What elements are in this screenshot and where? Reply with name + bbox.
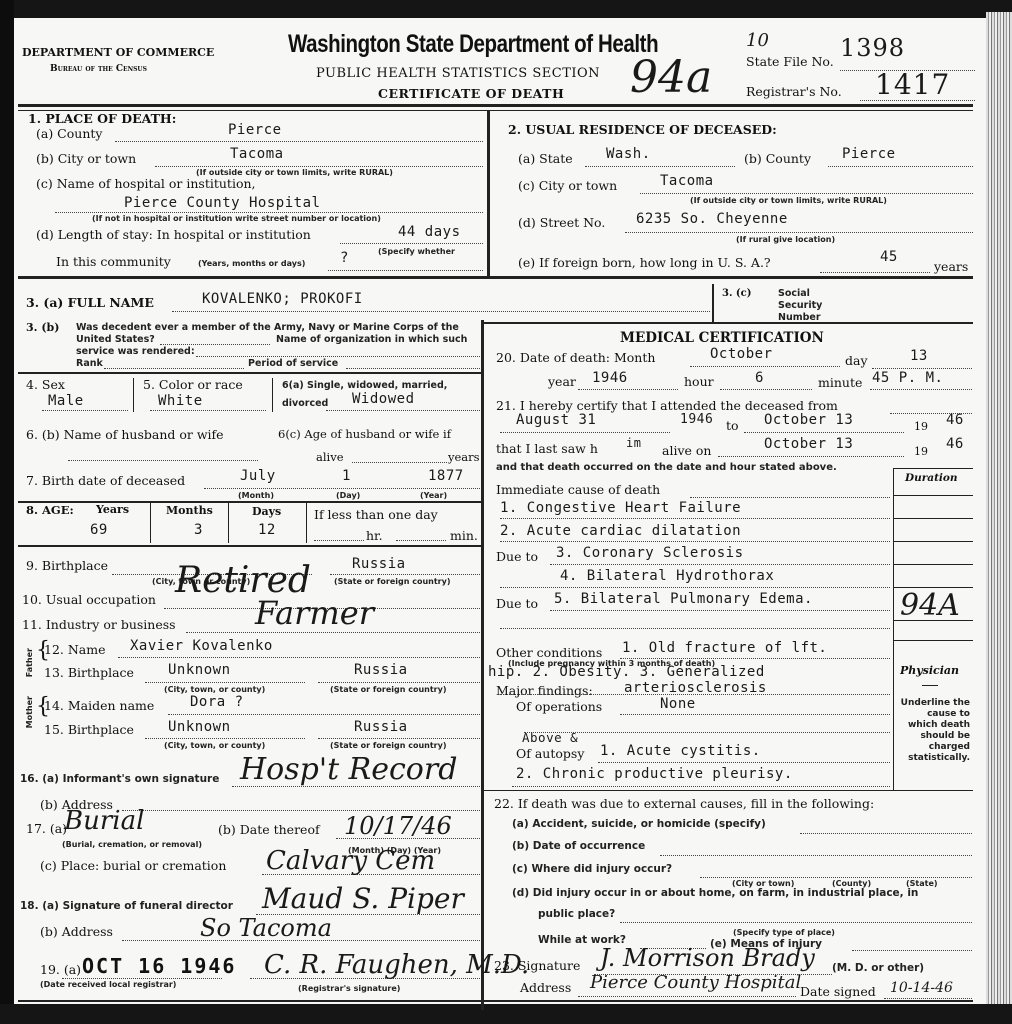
pod-hospital-note: (If not in hospital or institution write… bbox=[92, 214, 381, 223]
pod-community-note: (Years, months or days) bbox=[198, 259, 305, 268]
pod-specify-note: (Specify whether bbox=[378, 247, 455, 256]
pod-hospital-value: Pierce County Hospital bbox=[124, 195, 320, 211]
res-street-note: (If rural give location) bbox=[736, 235, 835, 244]
external-a-label: (a) Accident, suicide, or homicide (spec… bbox=[512, 818, 766, 830]
pod-county-label: (a) County bbox=[36, 126, 102, 141]
autopsy-label: Of autopsy bbox=[516, 746, 584, 761]
state-file-number: 1398 bbox=[840, 34, 905, 62]
cause-5: 5. Bilateral Pulmonary Edema. bbox=[554, 591, 813, 607]
external-d-label: (d) Did injury occur in or about home, o… bbox=[512, 887, 918, 899]
military-line-3: service was rendered: bbox=[76, 346, 195, 357]
age-years-label: Years bbox=[96, 503, 129, 516]
age-years: 69 bbox=[90, 522, 108, 538]
attend-from-year: 1946 bbox=[680, 412, 713, 427]
pod-city-value: Tacoma bbox=[230, 146, 284, 162]
pod-community-label: In this community bbox=[56, 254, 171, 269]
certifier-address: Pierce County Hospital bbox=[590, 972, 801, 993]
medical-heading: MEDICAL CERTIFICATION bbox=[620, 330, 824, 346]
father-side-label: Father bbox=[25, 648, 34, 677]
alive-on-label: alive on bbox=[662, 443, 711, 458]
attend-to-19: 19 bbox=[914, 420, 928, 433]
marital-label-1: 6(a) Single, widowed, married, bbox=[282, 380, 447, 391]
age-days-label: Days bbox=[252, 505, 281, 518]
res-county-label: (b) County bbox=[744, 151, 811, 166]
md-or-other-label: (M. D. or other) bbox=[832, 962, 924, 974]
funeral-director-signature: Maud S. Piper bbox=[262, 882, 464, 915]
pod-hospital-label: (c) Name of hospital or institution, bbox=[36, 176, 256, 191]
birthplace-label: 9. Birthplace bbox=[26, 558, 108, 573]
age-months-label: Months bbox=[166, 504, 213, 517]
external-d-note: (Specify type of place) bbox=[733, 928, 835, 937]
operations-label: Of operations bbox=[516, 699, 602, 714]
res-street-value: 6235 So. Cheyenne bbox=[636, 211, 788, 227]
dod-year-label: year bbox=[548, 374, 576, 389]
res-foreign-value: 45 bbox=[880, 249, 898, 265]
funeral-address-label: (b) Address bbox=[40, 924, 113, 939]
registrar-signature-note: (Registrar's signature) bbox=[298, 984, 400, 993]
father-birthplace-city: Unknown bbox=[168, 662, 231, 678]
res-foreign-label: (e) If foreign born, how long in U. S. A… bbox=[518, 255, 771, 270]
registrar-date-label: 19. (a) bbox=[40, 962, 81, 977]
military-rank: Rank bbox=[76, 358, 103, 369]
scan-border-top bbox=[0, 0, 1012, 18]
dod-hour: 6 bbox=[755, 370, 764, 386]
bureau-census: Bureau of the Census bbox=[50, 64, 147, 74]
certifier-signature: J. Morrison Brady bbox=[600, 944, 815, 972]
funeral-address-value: So Tacoma bbox=[200, 914, 332, 942]
mother-state-note: (State or foreign country) bbox=[330, 741, 446, 750]
father-name-value: Xavier Kovalenko bbox=[130, 638, 273, 654]
pod-county-value: Pierce bbox=[228, 122, 282, 138]
spouse-name-label: 6. (b) Name of husband or wife bbox=[26, 427, 224, 442]
last-saw-pronoun: im bbox=[626, 436, 641, 450]
race-label: 5. Color or race bbox=[143, 377, 243, 392]
father-birthplace-country: Russia bbox=[354, 662, 408, 678]
res-city-note: (If outside city or town limits, write R… bbox=[690, 196, 887, 205]
duration-label: Duration bbox=[905, 472, 958, 484]
dod-day: 13 bbox=[910, 348, 928, 364]
military-line-1: Was decedent ever a member of the Army, … bbox=[76, 322, 459, 333]
birth-month: July bbox=[240, 468, 276, 484]
last-saw-19: 19 bbox=[914, 445, 928, 458]
burial-date-value: 10/17/46 bbox=[344, 812, 452, 840]
marital-value: Widowed bbox=[352, 391, 415, 407]
registrar-date-stamp: OCT 16 1946 bbox=[82, 954, 236, 978]
cause-2: 2. Acute cardiac dilatation bbox=[500, 523, 741, 539]
informant-signature-label: 16. (a) Informant's own signature bbox=[20, 773, 219, 785]
birth-day: 1 bbox=[342, 468, 351, 484]
dod-minute-label: minute bbox=[818, 375, 862, 390]
registrar-number: 1417 bbox=[875, 68, 950, 101]
scan-border-bottom bbox=[0, 1004, 1012, 1024]
other-conditions-1: 1. Old fracture of lft. bbox=[622, 640, 827, 656]
autopsy-finding-2: 2. Chronic productive pleurisy. bbox=[516, 766, 793, 782]
father-city-note: (City, town, or county) bbox=[164, 685, 265, 694]
burial-place-value: Calvary Cem bbox=[266, 846, 435, 876]
mother-birthplace-country: Russia bbox=[354, 719, 408, 735]
dod-day-label: day bbox=[845, 353, 868, 368]
burial-place-label: (c) Place: burial or cremation bbox=[40, 858, 226, 873]
ssn-label-1: Social bbox=[778, 288, 810, 299]
res-state-value: Wash. bbox=[606, 146, 651, 162]
last-saw-year: 46 bbox=[946, 436, 964, 452]
registrar-date-note: (Date received local registrar) bbox=[40, 980, 176, 989]
burial-date-label: (b) Date thereof bbox=[218, 822, 320, 837]
father-birthplace-label: 13. Birthplace bbox=[44, 665, 134, 680]
birth-year: 1877 bbox=[428, 468, 464, 484]
pod-city-label: (b) City or town bbox=[36, 151, 136, 166]
birth-date-label: 7. Birth date of deceased bbox=[26, 473, 185, 488]
military-line-2a: United States? bbox=[76, 334, 155, 345]
res-city-label: (c) City or town bbox=[518, 178, 617, 193]
external-d2-label: public place? bbox=[538, 908, 615, 920]
last-saw-label: that I last saw h bbox=[496, 441, 598, 456]
pod-stay-value: 44 days bbox=[398, 224, 461, 240]
occurred-label: and that death occurred on the date and … bbox=[496, 462, 837, 473]
handwritten-mark: 94a bbox=[630, 52, 712, 103]
dod-hour-label: hour bbox=[684, 374, 714, 389]
military-num: 3. (b) bbox=[26, 321, 59, 334]
res-county-value: Pierce bbox=[842, 146, 896, 162]
informant-signature: Hosp't Record bbox=[240, 752, 457, 787]
sex-value: Male bbox=[48, 393, 84, 409]
age-label: 8. AGE: bbox=[26, 503, 74, 517]
month-note: (Month) bbox=[238, 491, 274, 500]
dept-commerce: DEPARTMENT OF COMMERCE bbox=[22, 46, 214, 59]
mother-birthplace-label: 15. Birthplace bbox=[44, 722, 134, 737]
min-label: min. bbox=[450, 528, 478, 543]
scan-border-left bbox=[0, 0, 14, 1024]
pod-community-value: ? bbox=[340, 250, 349, 266]
duration-handwritten-mark: 94A bbox=[900, 588, 960, 623]
certifier-address-label: Address bbox=[520, 980, 571, 995]
place-of-death-heading: 1. PLACE OF DEATH: bbox=[28, 111, 176, 126]
date-signed-value: 10-14-46 bbox=[890, 980, 953, 996]
dod-month-label: 20. Date of death: Month bbox=[496, 350, 655, 365]
birthplace-country: Russia bbox=[352, 556, 406, 572]
mother-name-label: 14. Maiden name bbox=[44, 698, 154, 713]
attend-to: October 13 bbox=[764, 412, 853, 428]
cause-1: 1. Congestive Heart Failure bbox=[500, 500, 741, 516]
other-conditions-2: hip. 2. Obesity. 3. Generalized bbox=[488, 664, 765, 680]
dod-minute: 45 P. M. bbox=[872, 370, 943, 386]
residence-heading: 2. USUAL RESIDENCE OF DECEASED: bbox=[508, 122, 777, 137]
pod-stay-label: (d) Length of stay: In hospital or insti… bbox=[36, 227, 311, 242]
operations-value: None bbox=[660, 696, 696, 712]
military-line-2b: Name of organization in which such bbox=[276, 334, 467, 345]
hr-label: hr. bbox=[366, 528, 383, 543]
autopsy-finding-1: 1. Acute cystitis. bbox=[600, 743, 761, 759]
full-name-label: 3. (a) FULL NAME bbox=[26, 295, 154, 310]
marital-label-2: divorced bbox=[282, 398, 328, 409]
certifier-signature-label: 23. Signature bbox=[494, 958, 580, 973]
industry-value: Farmer bbox=[255, 594, 374, 632]
state-file-prefix: 10 bbox=[746, 30, 769, 51]
less-than-day-label: If less than one day bbox=[314, 507, 438, 522]
day-note: (Day) bbox=[336, 491, 360, 500]
spouse-alive-label: alive bbox=[316, 450, 344, 464]
military-period: Period of service bbox=[248, 358, 338, 369]
sex-label: 4. Sex bbox=[26, 377, 65, 392]
certificate-title: CERTIFICATE OF DEATH bbox=[378, 86, 564, 101]
spouse-age-label: 6(c) Age of husband or wife if bbox=[278, 427, 451, 441]
attend-to-year: 46 bbox=[946, 412, 964, 428]
major-findings-label: Major findings: bbox=[496, 683, 593, 698]
mother-birthplace-city: Unknown bbox=[168, 719, 231, 735]
burial-type-note: (Burial, cremation, or removal) bbox=[62, 840, 202, 849]
attend-to-label: to bbox=[726, 418, 739, 433]
mother-side-label: Mother bbox=[25, 696, 34, 728]
res-city-value: Tacoma bbox=[660, 173, 714, 189]
autopsy-above: Above & bbox=[522, 730, 578, 745]
dod-year: 1946 bbox=[592, 370, 628, 386]
date-signed-label: Date signed bbox=[800, 984, 876, 999]
full-name-value: KOVALENKO; PROKOFI bbox=[202, 291, 363, 307]
ssn-label-num: 3. (c) bbox=[722, 288, 751, 299]
attend-from: August 31 bbox=[516, 412, 596, 428]
scan-page-edge bbox=[986, 12, 1012, 1012]
res-foreign-unit: years bbox=[934, 259, 968, 274]
funeral-director-label: 18. (a) Signature of funeral director bbox=[20, 900, 233, 912]
res-state-label: (a) State bbox=[518, 151, 573, 166]
year-note: (Year) bbox=[420, 491, 447, 500]
father-state-note: (State or foreign country) bbox=[330, 685, 446, 694]
ssn-label-2: Security bbox=[778, 300, 822, 311]
industry-label: 11. Industry or business bbox=[22, 617, 176, 632]
birthplace-state-note: (State or foreign country) bbox=[334, 577, 450, 586]
occupation-label: 10. Usual occupation bbox=[22, 592, 156, 607]
immediate-cause-label: Immediate cause of death bbox=[496, 482, 660, 497]
mother-name-value: Dora ? bbox=[190, 694, 244, 710]
external-causes-heading: 22. If death was due to external causes,… bbox=[494, 796, 874, 811]
external-c-label: (c) Where did injury occur? bbox=[512, 863, 672, 875]
age-months: 3 bbox=[194, 522, 203, 538]
underline-note: Underline the cause to which death shoul… bbox=[898, 698, 970, 764]
race-value: White bbox=[158, 393, 203, 409]
spouse-years-label: years bbox=[448, 450, 480, 464]
document-title: Washington State Department of Health bbox=[288, 30, 658, 59]
dod-month: October bbox=[710, 346, 773, 362]
due-to-label-2: Due to bbox=[496, 596, 538, 611]
cause-4: 4. Bilateral Hydrothorax bbox=[560, 568, 774, 584]
age-days: 12 bbox=[258, 522, 276, 538]
father-name-label: 12. Name bbox=[44, 642, 106, 657]
registrar-signature: C. R. Faughen, M.D. bbox=[264, 950, 529, 980]
due-to-label-1: Due to bbox=[496, 549, 538, 564]
external-b-label: (b) Date of occurrence bbox=[512, 840, 645, 852]
burial-type-label: 17. (a) bbox=[26, 821, 67, 836]
section-title: PUBLIC HEALTH STATISTICS SECTION bbox=[316, 66, 600, 81]
certify-label: 21. I hereby certify that I attended the… bbox=[496, 398, 838, 413]
last-saw-date: October 13 bbox=[764, 436, 853, 452]
res-street-label: (d) Street No. bbox=[518, 215, 605, 230]
registrar-label: Registrar's No. bbox=[746, 84, 842, 99]
burial-type-value: Burial bbox=[64, 806, 144, 836]
state-file-label: State File No. bbox=[746, 54, 834, 69]
cause-3: 3. Coronary Sclerosis bbox=[556, 545, 744, 561]
physician-label: Physician bbox=[900, 664, 959, 677]
other-conditions-label: Other conditions bbox=[496, 645, 602, 660]
mother-city-note: (City, town, or county) bbox=[164, 741, 265, 750]
